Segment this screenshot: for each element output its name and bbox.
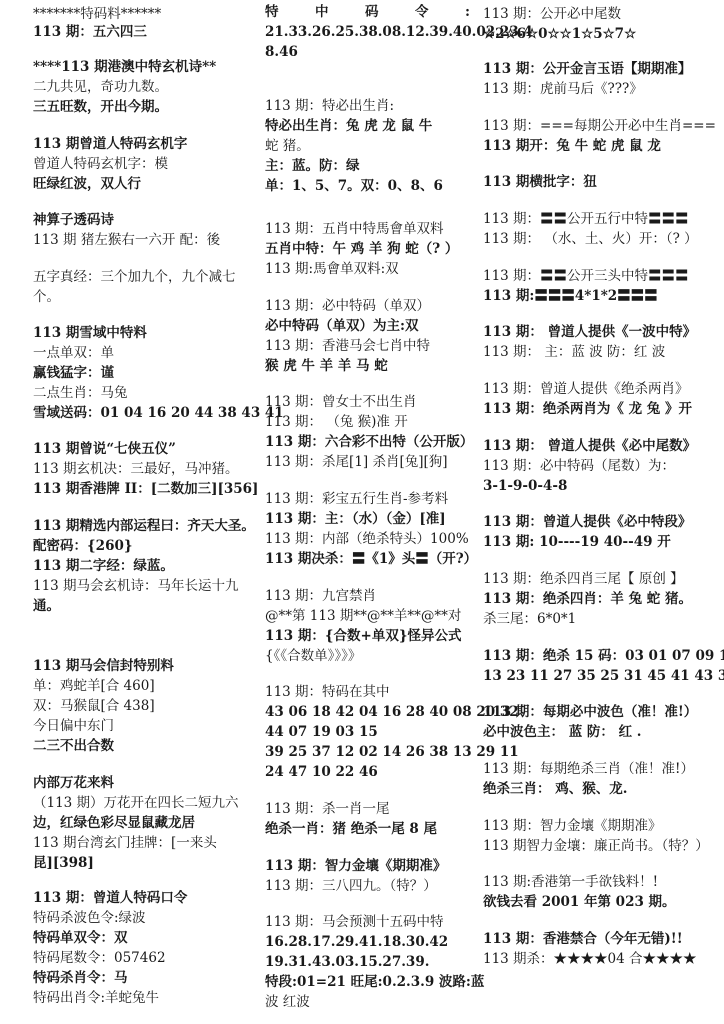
text-line: 蛇 猪。 (265, 137, 310, 155)
text-line: 个。 (33, 288, 60, 306)
text-line: 113 期: 10----19 40--49 开 (483, 533, 671, 551)
title-char: : (465, 3, 470, 21)
text-line: 猴 虎 牛 羊 羊 马 蛇 (265, 357, 388, 375)
text-line: 43 06 18 42 04 16 28 40 08 20 32 (265, 703, 519, 721)
text-line: 杀三尾：6*0*1 (483, 610, 576, 628)
text-line: 113 期：必中特码（单双） (265, 297, 430, 315)
text-line: 24 47 10 22 46 (265, 763, 378, 781)
text-line: 内部万花来料 (33, 774, 114, 792)
text-line: 五肖中特：午 鸡 羊 狗 蛇（? ） (265, 240, 458, 258)
text-line: 113 期：{合数+单双}怪异公式 (265, 627, 462, 645)
text-line: 113 期：杀尾[1] 杀肖[兔][狗] (265, 453, 448, 471)
text-line: 113 期：杀一肖一尾 (265, 800, 390, 818)
text-line: 绝杀三肖： 鸡、猴、龙. (483, 780, 627, 798)
text-line: 8.46 (265, 43, 298, 61)
text-line: 13 23 11 27 35 25 31 45 41 43 39 (483, 667, 724, 685)
text-line: 113 期：主：（水）（金）[准] (265, 510, 446, 528)
text-line: 特码尾数令：057462 (33, 949, 166, 967)
text-line: 113 期：公开必中尾数 (483, 5, 621, 23)
text-line: 113 期：曾女士不出生肖 (265, 393, 417, 411)
text-line: 3-1-9-0-4-8 (483, 477, 567, 495)
text-line: 特码杀波色令:绿波 (33, 909, 146, 927)
text-line: 特码杀肖令：马 (33, 969, 128, 987)
text-line: 113 期：三八四九。（特？） (265, 877, 437, 895)
text-line: 113 期： 曾道人提供《必中尾数》 (483, 437, 696, 455)
text-line: 通。 (33, 597, 60, 615)
text-line: 单：鸡蛇羊[合 460] (33, 677, 155, 695)
text-line: 113 期：每期必中波色（准！准!） (483, 703, 697, 721)
text-line: ☆2☆6☆0☆☆1☆5☆7☆ (483, 25, 636, 43)
text-line: 雪域送码：01 04 16 20 44 38 43 41 (33, 404, 284, 422)
text-line: 绝杀一肖：猪 绝杀一尾 8 尾 (265, 820, 437, 838)
text-line: 二九共见，奇功九数。 (33, 78, 168, 96)
text-line: 113 期曾说“七侠五仪” (33, 440, 176, 458)
text-line: 113 期：公开金言玉语【期期准】 (483, 60, 691, 78)
text-line: 113 期精选内部运程曰：齐天大圣。 (33, 517, 255, 535)
text-line: 113 期：五肖中特馬會单双料 (265, 220, 444, 238)
text-line: 波 红波 (265, 993, 310, 1011)
text-line: 赢钱猛字：谨 (33, 364, 114, 382)
text-line: 旺绿红波，双人行 (33, 175, 141, 193)
text-line: 113 期：绝杀四肖：羊 兔 蛇 猪。 (483, 590, 692, 608)
text-line: 113 期： 曾道人提供《一波中特》 (483, 323, 696, 341)
text-line: 113 期：绝杀四肖三尾【 原创 】 (483, 570, 684, 588)
text-line: 113 期：每期绝杀三肖（准！准!） (483, 760, 694, 778)
text-line: 113 期:香港第一手欲钱料！! (483, 873, 658, 891)
text-line: 113 期马会信封特别料 (33, 657, 174, 675)
text-line: 16.28.17.29.41.18.30.42 (265, 933, 448, 951)
text-line: 特码出肖令:羊蛇兔牛 (33, 989, 159, 1007)
text-line: 113 期智力金壤：廉正尚书。（特？） (483, 837, 709, 855)
title-char: 令 (415, 3, 429, 21)
text-line: 113 期：〓〓公开三头中特〓〓〓 (483, 267, 689, 285)
text-line: 曾道人特码玄机字：模 (33, 155, 168, 173)
text-line: 113 期：彩宝五行生肖-参考料 (265, 490, 448, 508)
text-line: 113 期决杀：〓《1》头〓（开?） (265, 550, 477, 568)
text-line: 113 期：智力金壤《期期准》 (265, 857, 446, 875)
text-line: 113 期：九宫禁肖 (265, 587, 376, 605)
text-line: 113 期：马会预测十五码中特 (265, 913, 444, 931)
text-line: 113 期马会玄机诗：马年长运十九 (33, 577, 239, 595)
text-line: 113 期：绝杀 15 码：03 01 07 09 15 (483, 647, 724, 665)
text-line: 二三不出合数 (33, 737, 114, 755)
text-line: *******特码料****** (33, 5, 161, 23)
text-line: 113 期：内部（绝杀特头）100% (265, 530, 469, 548)
text-line: 今日偏中东门 (33, 717, 114, 735)
text-line: （113 期）万花开在四长二短九六 (33, 794, 239, 812)
text-line: 44 07 19 03 15 (265, 723, 378, 741)
text-line: 配密码：{260} (33, 537, 133, 555)
text-line: 113 期：香港马会七肖中特 (265, 337, 430, 355)
title-char: 特 (265, 3, 279, 21)
text-line: 五字真经：三个加九个，九个减七 (33, 268, 236, 286)
text-line: 113 期：〓〓公开五行中特〓〓〓 (483, 210, 689, 228)
text-line: 113 期：特必出生肖: (265, 97, 394, 115)
text-line: 特段:01=21 旺尾:0.2.3.9 波路:蓝 (265, 973, 484, 991)
text-line: 边，红绿色彩尽显鼠藏龙居 (33, 814, 195, 832)
title-char: 中 (315, 3, 329, 21)
text-line: 113 期：曾道人提供《绝杀两肖》 (483, 380, 689, 398)
text-line: 神算子透码诗 (33, 211, 114, 229)
text-line: 特码单双令：双 (33, 929, 128, 947)
text-line: 19.31.43.03.15.27.39. (265, 953, 429, 971)
special-code-title: 特中码令: (265, 3, 470, 21)
text-line: 主：蓝。防：绿 (265, 157, 360, 175)
text-line: 113 期:〓〓〓4*1*2〓〓〓 (483, 287, 658, 305)
text-line: 113 期：香港禁合（今年无错)!! (483, 930, 683, 948)
text-line: 113 期雪域中特料 (33, 324, 147, 342)
text-line: 113 期：六合彩不出特（公开版） (265, 433, 473, 451)
text-line: 昆][398] (33, 854, 94, 872)
text-line: 113 期二字经：绿蓝。 (33, 557, 174, 575)
text-line: 113 期玄机决：三最好，马冲猪。 (33, 460, 239, 478)
text-line: 113 期:馬會单双料:双 (265, 260, 399, 278)
text-line: 必中波色主： 蓝 防： 红 . (483, 723, 642, 741)
text-line: 欲钱去看 2001 年第 023 期。 (483, 893, 676, 911)
text-line: 113 期：虎前马后《???》 (483, 80, 643, 98)
text-line: 113 期： （兔 猴)准 开 (265, 413, 408, 431)
text-line: 113 期：智力金壤《期期准》 (483, 817, 662, 835)
text-line: 113 期：五六四三 (33, 23, 147, 41)
text-line: 必中特码（单双）为主:双 (265, 317, 418, 335)
text-line: 113 期曾道人特码玄机字 (33, 135, 187, 153)
text-line: 一点单双：单 (33, 344, 114, 362)
text-line: 113 期香港牌 II：[二数加三][356] (33, 480, 258, 498)
text-line: 113 期：===每期公开必中生肖=== (483, 117, 716, 135)
text-line: 二点生肖：马兔 (33, 384, 128, 402)
text-line: 单：1、5、7。双：0、8、6 (265, 177, 443, 195)
text-line: 特必出生肖：兔 虎 龙 鼠 牛 (265, 117, 432, 135)
text-line: 双：马猴鼠[合 438] (33, 697, 155, 715)
text-line: 113 期：特码在其中 (265, 683, 390, 701)
text-line: 113 期：曾道人特码口令 (33, 889, 187, 907)
title-char: 码 (365, 3, 379, 21)
text-line: 113 期 猪左猴右一六开 配：後 (33, 231, 220, 249)
text-line: {《《合数单》》》》 (265, 647, 361, 665)
text-line: 113 期：绝杀两肖为《 龙 兔 》开 (483, 400, 692, 418)
text-line: 39 25 37 12 02 14 26 38 13 29 11 (265, 743, 519, 761)
text-line: 113 期横批字：狃 (483, 173, 597, 191)
text-line: 113 期：曾道人提供《必中特段》 (483, 513, 691, 531)
text-line: ****113 期港澳中特玄机诗** (33, 58, 216, 76)
text-line: 113 期开：兔 牛 蛇 虎 鼠 龙 (483, 137, 661, 155)
text-line: 三五旺数，开出今期。 (33, 98, 168, 116)
text-line: 113 期： （水、土、火）开：（? ） (483, 230, 698, 248)
text-line: 113 期：必中特码（尾数）为： (483, 457, 675, 475)
text-line: 113 期： 主：蓝 波 防：红 波 (483, 343, 665, 361)
text-line: @**第 113 期**@**羊**@**对 (265, 607, 461, 625)
text-line: 113 期杀：★★★★04 合★★★★ (483, 950, 697, 968)
text-line: 113 期台湾玄门挂牌：[一来头 (33, 834, 217, 852)
